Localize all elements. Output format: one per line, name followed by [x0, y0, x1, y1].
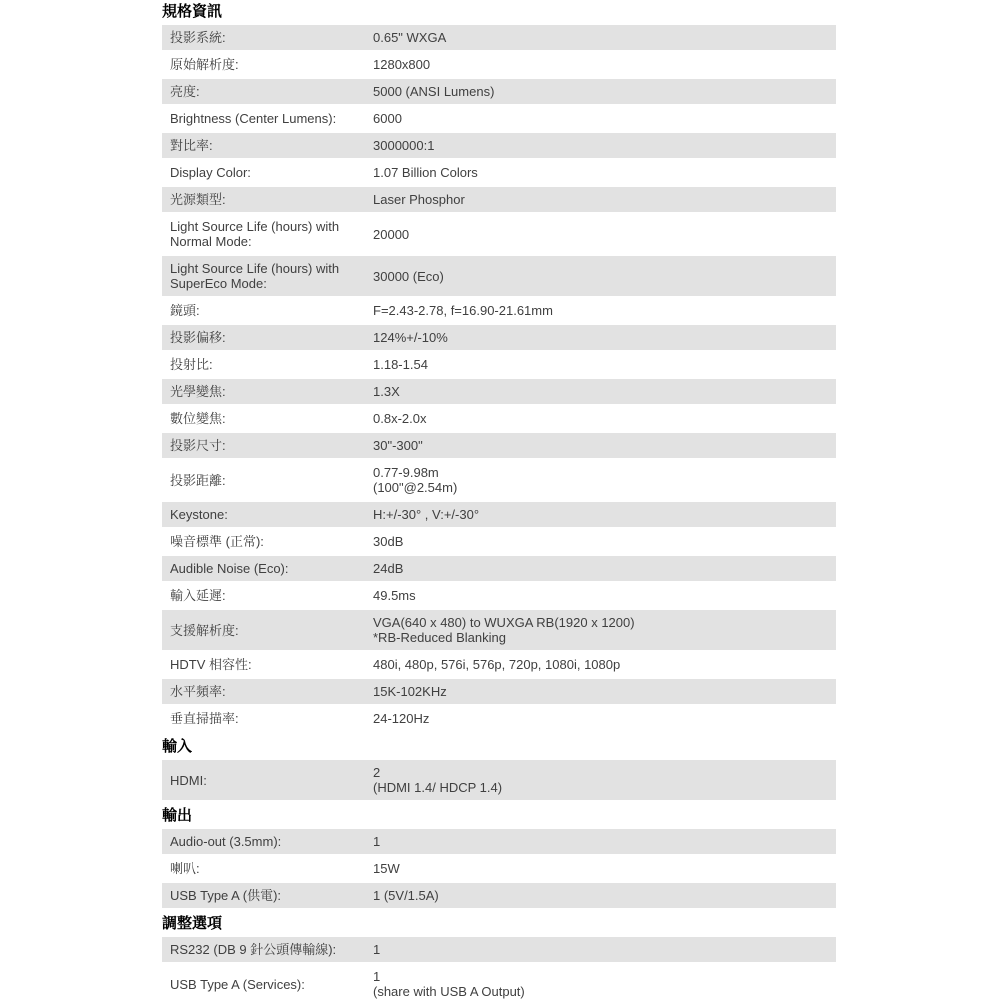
- spec-value-line: 1.18-1.54: [373, 357, 828, 372]
- spec-section: 輸出 Audio-out (3.5mm): 1 喇叭: 15W USB Type…: [162, 807, 836, 910]
- spec-value-line: 24-120Hz: [373, 711, 828, 726]
- spec-value: H:+/-30° , V:+/-30°: [373, 507, 836, 522]
- spec-value: 1280x800: [373, 57, 836, 72]
- spec-value-line: VGA(640 x 480) to WUXGA RB(1920 x 1200): [373, 615, 828, 630]
- spec-value-line: F=2.43-2.78, f=16.90-21.61mm: [373, 303, 828, 318]
- spec-row: 亮度: 5000 (ANSI Lumens): [162, 79, 836, 106]
- spec-label: Light Source Life (hours) with Normal Mo…: [162, 219, 373, 249]
- spec-value: VGA(640 x 480) to WUXGA RB(1920 x 1200)*…: [373, 615, 836, 645]
- spec-value-line: 49.5ms: [373, 588, 828, 603]
- spec-value-line: 15K-102KHz: [373, 684, 828, 699]
- spec-row: HDMI: 2(HDMI 1.4/ HDCP 1.4): [162, 760, 836, 802]
- spec-row: 光學變焦: 1.3X: [162, 379, 836, 406]
- spec-row: 支援解析度: VGA(640 x 480) to WUXGA RB(1920 x…: [162, 610, 836, 652]
- spec-value-line: *RB-Reduced Blanking: [373, 630, 828, 645]
- spec-label: 原始解析度:: [162, 57, 373, 72]
- spec-label: 投影偏移:: [162, 330, 373, 345]
- spec-row: Audible Noise (Eco): 24dB: [162, 556, 836, 583]
- spec-value-line: (share with USB A Output): [373, 984, 828, 999]
- spec-value: 24-120Hz: [373, 711, 836, 726]
- spec-label: RS232 (DB 9 針公頭傳輸線):: [162, 942, 373, 957]
- spec-value: 480i, 480p, 576i, 576p, 720p, 1080i, 108…: [373, 657, 836, 672]
- spec-label: HDTV 相容性:: [162, 657, 373, 672]
- spec-value-line: 1280x800: [373, 57, 828, 72]
- spec-value-line: 0.65" WXGA: [373, 30, 828, 45]
- spec-label: Audible Noise (Eco):: [162, 561, 373, 576]
- spec-row: USB Type A (供電): 1 (5V/1.5A): [162, 883, 836, 910]
- spec-value: 0.65" WXGA: [373, 30, 836, 45]
- spec-value-line: 1: [373, 834, 828, 849]
- section-title: 輸出: [162, 807, 836, 824]
- spec-label: 垂直掃描率:: [162, 711, 373, 726]
- spec-label: 亮度:: [162, 84, 373, 99]
- spec-row: 對比率: 3000000:1: [162, 133, 836, 160]
- spec-value: 1 (5V/1.5A): [373, 888, 836, 903]
- spec-row: 垂直掃描率: 24-120Hz: [162, 706, 836, 733]
- spec-value: 15K-102KHz: [373, 684, 836, 699]
- spec-row: 投影距離: 0.77-9.98m(100"@2.54m): [162, 460, 836, 502]
- spec-row: 噪音標準 (正常): 30dB: [162, 529, 836, 556]
- spec-value-line: H:+/-30° , V:+/-30°: [373, 507, 828, 522]
- spec-label: 投影尺寸:: [162, 438, 373, 453]
- spec-label: 光學變焦:: [162, 384, 373, 399]
- spec-value: F=2.43-2.78, f=16.90-21.61mm: [373, 303, 836, 318]
- spec-row: 喇叭: 15W: [162, 856, 836, 883]
- spec-value: 49.5ms: [373, 588, 836, 603]
- section-rows: 投影系統: 0.65" WXGA 原始解析度: 1280x800 亮度: 500…: [162, 25, 836, 733]
- spec-value-line: 1.3X: [373, 384, 828, 399]
- spec-value-line: 6000: [373, 111, 828, 126]
- spec-value: 30"-300": [373, 438, 836, 453]
- spec-row: Audio-out (3.5mm): 1: [162, 829, 836, 856]
- section-rows: HDMI: 2(HDMI 1.4/ HDCP 1.4): [162, 760, 836, 802]
- spec-value-line: 5000 (ANSI Lumens): [373, 84, 828, 99]
- spec-row: Keystone: H:+/-30° , V:+/-30°: [162, 502, 836, 529]
- spec-value-line: 2: [373, 765, 828, 780]
- spec-label: 數位變焦:: [162, 411, 373, 426]
- spec-value: 30dB: [373, 534, 836, 549]
- spec-value-line: 30"-300": [373, 438, 828, 453]
- section-rows: RS232 (DB 9 針公頭傳輸線): 1 USB Type A (Servi…: [162, 937, 836, 1000]
- spec-row: Brightness (Center Lumens): 6000: [162, 106, 836, 133]
- section-title: 規格資訊: [162, 3, 836, 20]
- spec-label: 投射比:: [162, 357, 373, 372]
- spec-value-line: 3000000:1: [373, 138, 828, 153]
- section-title: 調整選項: [162, 915, 836, 932]
- spec-value-line: 20000: [373, 227, 828, 242]
- spec-value-line: 1 (5V/1.5A): [373, 888, 828, 903]
- spec-value-line: 30000 (Eco): [373, 269, 828, 284]
- spec-row: 投影尺寸: 30"-300": [162, 433, 836, 460]
- spec-label: Keystone:: [162, 507, 373, 522]
- spec-value-line: (HDMI 1.4/ HDCP 1.4): [373, 780, 828, 795]
- spec-section: 輸入 HDMI: 2(HDMI 1.4/ HDCP 1.4): [162, 738, 836, 802]
- spec-label: USB Type A (Services):: [162, 977, 373, 992]
- spec-value-line: 1.07 Billion Colors: [373, 165, 828, 180]
- spec-label: Display Color:: [162, 165, 373, 180]
- spec-section: 規格資訊 投影系統: 0.65" WXGA 原始解析度: 1280x800 亮度…: [162, 3, 836, 733]
- spec-label: 鏡頭:: [162, 303, 373, 318]
- spec-value-line: (100"@2.54m): [373, 480, 828, 495]
- spec-value: 0.77-9.98m(100"@2.54m): [373, 465, 836, 495]
- spec-row: Display Color: 1.07 Billion Colors: [162, 160, 836, 187]
- spec-value: 0.8x-2.0x: [373, 411, 836, 426]
- spec-row: HDTV 相容性: 480i, 480p, 576i, 576p, 720p, …: [162, 652, 836, 679]
- spec-value: 1: [373, 834, 836, 849]
- spec-section: 調整選項 RS232 (DB 9 針公頭傳輸線): 1 USB Type A (…: [162, 915, 836, 1000]
- spec-value: 6000: [373, 111, 836, 126]
- spec-value-line: 1: [373, 942, 828, 957]
- spec-value-line: 480i, 480p, 576i, 576p, 720p, 1080i, 108…: [373, 657, 828, 672]
- spec-label: 投影距離:: [162, 473, 373, 488]
- spec-value: 20000: [373, 227, 836, 242]
- spec-value: Laser Phosphor: [373, 192, 836, 207]
- spec-value-line: 24dB: [373, 561, 828, 576]
- spec-value: 1.3X: [373, 384, 836, 399]
- spec-row: Light Source Life (hours) with Normal Mo…: [162, 214, 836, 256]
- spec-row: 光源類型: Laser Phosphor: [162, 187, 836, 214]
- spec-value: 15W: [373, 861, 836, 876]
- spec-value: 1: [373, 942, 836, 957]
- section-title: 輸入: [162, 738, 836, 755]
- spec-value-line: 124%+/-10%: [373, 330, 828, 345]
- spec-value-line: 15W: [373, 861, 828, 876]
- spec-label: 支援解析度:: [162, 623, 373, 638]
- spec-label: 光源類型:: [162, 192, 373, 207]
- spec-label: 水平頻率:: [162, 684, 373, 699]
- spec-label: Brightness (Center Lumens):: [162, 111, 373, 126]
- spec-row: 投影偏移: 124%+/-10%: [162, 325, 836, 352]
- spec-value: 1.18-1.54: [373, 357, 836, 372]
- spec-row: 鏡頭: F=2.43-2.78, f=16.90-21.61mm: [162, 298, 836, 325]
- spec-row: RS232 (DB 9 針公頭傳輸線): 1: [162, 937, 836, 964]
- spec-row: 投射比: 1.18-1.54: [162, 352, 836, 379]
- spec-label: HDMI:: [162, 773, 373, 788]
- spec-value-line: 30dB: [373, 534, 828, 549]
- spec-value: 5000 (ANSI Lumens): [373, 84, 836, 99]
- spec-page: 規格資訊 投影系統: 0.65" WXGA 原始解析度: 1280x800 亮度…: [162, 3, 836, 1000]
- spec-row: Light Source Life (hours) with SuperEco …: [162, 256, 836, 298]
- spec-label: 喇叭:: [162, 861, 373, 876]
- spec-value: 2(HDMI 1.4/ HDCP 1.4): [373, 765, 836, 795]
- spec-value-line: Laser Phosphor: [373, 192, 828, 207]
- spec-value: 1(share with USB A Output): [373, 969, 836, 999]
- spec-value-line: 0.8x-2.0x: [373, 411, 828, 426]
- section-rows: Audio-out (3.5mm): 1 喇叭: 15W USB Type A …: [162, 829, 836, 910]
- spec-label: 對比率:: [162, 138, 373, 153]
- spec-row: 輸入延遲: 49.5ms: [162, 583, 836, 610]
- spec-label: 輸入延遲:: [162, 588, 373, 603]
- spec-label: Audio-out (3.5mm):: [162, 834, 373, 849]
- spec-row: 數位變焦: 0.8x-2.0x: [162, 406, 836, 433]
- spec-value: 3000000:1: [373, 138, 836, 153]
- spec-label: 投影系統:: [162, 30, 373, 45]
- spec-row: USB Type A (Services): 1(share with USB …: [162, 964, 836, 1000]
- spec-row: 水平頻率: 15K-102KHz: [162, 679, 836, 706]
- spec-row: 投影系統: 0.65" WXGA: [162, 25, 836, 52]
- spec-value: 30000 (Eco): [373, 269, 836, 284]
- spec-value: 124%+/-10%: [373, 330, 836, 345]
- spec-value: 1.07 Billion Colors: [373, 165, 836, 180]
- spec-label: Light Source Life (hours) with SuperEco …: [162, 261, 373, 291]
- spec-value-line: 1: [373, 969, 828, 984]
- spec-row: 原始解析度: 1280x800: [162, 52, 836, 79]
- spec-label: USB Type A (供電):: [162, 888, 373, 903]
- spec-label: 噪音標準 (正常):: [162, 534, 373, 549]
- spec-value-line: 0.77-9.98m: [373, 465, 828, 480]
- spec-value: 24dB: [373, 561, 836, 576]
